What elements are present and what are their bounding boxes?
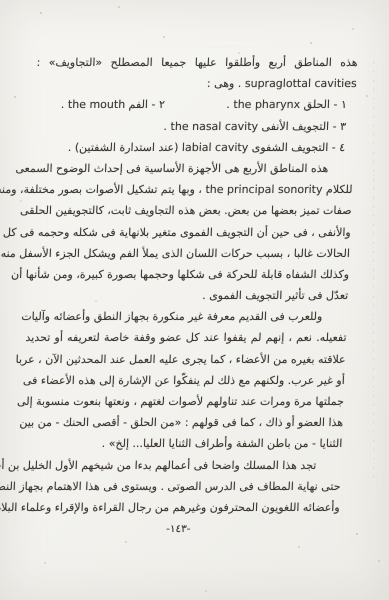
- paragraph-2-line-7: تعدّل فى تأثير التجويف الفموى .: [27, 285, 349, 306]
- paragraph-4-line-2: حتى نهاية المطاف فى الدرس الصوتى . ويستو…: [19, 476, 341, 497]
- list-row-1: ١ - الحلق the pharynx . ٢ - الفم the mou…: [34, 94, 356, 115]
- list-item-labial-cavity: ٤ - التجويف الشفوى labial cavity (عند اس…: [33, 137, 355, 158]
- list-item-pharynx: ١ - الحلق the pharynx .: [190, 94, 347, 115]
- scan-crease-dotted-line: [373, 62, 374, 482]
- paragraph-3-line-5: جملتها مرة ومرات عند تناولهم لأصوات لغته…: [23, 391, 345, 412]
- page-text-block: هذه المناطق أربع وأطلقوا عليها جميعا الم…: [17, 52, 358, 540]
- paragraph-3-line-7: الثنايا - من باطن الشفة وأطراف الثنايا ا…: [21, 433, 343, 454]
- paragraph-4-line-1: تجد هذا المسلك واضحا فى أعمالهم بدءا من …: [20, 455, 342, 476]
- paragraph-2-line-4: والأنفى ، فى حين أن التجويف الفموى متغير…: [29, 222, 351, 243]
- scanned-book-page: هذه المناطق أربع وأطلقوا عليها جميعا الم…: [0, 0, 389, 600]
- paragraph-3-line-3: علاقته بغيره من الأعضاء ، كما يجرى عليه …: [24, 349, 346, 370]
- paragraph-3-line-1: وللعرب فى القديم معرفة غير منكورة بجهاز …: [26, 306, 348, 327]
- intro-line: هذه المناطق أربع وأطلقوا عليها جميعا الم…: [36, 52, 358, 73]
- list-item-mouth: ٢ - الفم the mouth .: [34, 94, 191, 115]
- paragraph-3-line-4: أو غير عرب. ولكنهم مع ذلك لم ينفكّوا عن …: [23, 370, 345, 391]
- paragraph-2-line-5: الحالات غالبا ، بسبب حركات اللسان الذى ي…: [28, 243, 350, 264]
- paragraph-2-line-3: صفات تميز بعضها من بعض. بعض هذه التجاويف…: [30, 200, 352, 221]
- term-line-supraglottal-cavities: supraglottal cavities . وهى :: [35, 73, 357, 94]
- paragraph-3-line-2: تفعيله. نعم ، إنهم لم يقفوا عند كل عضو و…: [25, 327, 347, 348]
- page-number: -١٤٣-: [17, 519, 339, 540]
- list-item-nasal-cavity: ٣ - التجويف الأنفى the nasal cavity .: [34, 116, 356, 137]
- paragraph-4-line-3: وأعضائه اللغويون المحترفون وغيرهم من رجا…: [18, 497, 340, 518]
- paragraph-3-line-6: هذا العضو أو ذاك ، كما فى قولهم : «من ال…: [22, 412, 344, 433]
- paragraph-2-line-6: وكذلك الشفاه قابلة للحركة فى شكلها وحجمه…: [28, 264, 350, 285]
- paragraph-2-line-1: هذه المناطق الأربع هى الأجهزة الأساسية ف…: [32, 158, 354, 179]
- paragraph-2-line-2: للكلام the principal sonority ، وبها يتم…: [31, 179, 353, 200]
